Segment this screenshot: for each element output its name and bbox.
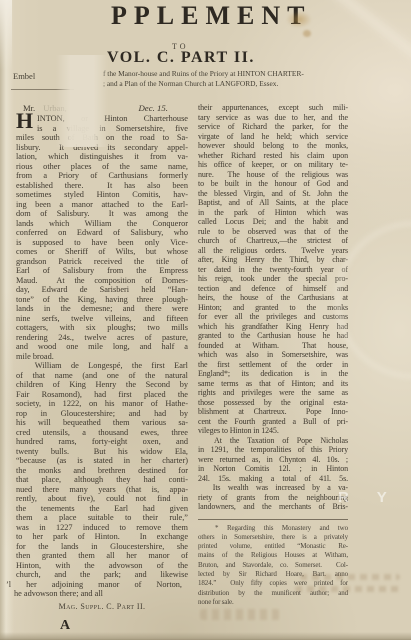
text-line: he advowson there; and all [6,589,188,599]
text-line: Maud. At the composition of Domes- [16,276,188,286]
text-line: the first settlement of the order in [198,360,348,370]
text-line: blishment at Chartreux. Pope Inno- [198,407,348,417]
text-line: is a village in Somersetshire, five [16,124,188,134]
text-line: called Locus Dei; and the habit and [198,217,348,227]
text-line: * Regarding this Monastery and two [198,524,348,533]
text-line: from a Priory of Carthusians formerly [16,171,188,181]
text-line: William de Longespé, the first Earl [16,361,188,371]
text-line: rious other places of the same name, [16,162,188,172]
text-line: sometimes styled Hinton Comitis, hav- [16,190,188,200]
text-line: Hinton, with the advowson of the [16,561,188,571]
text-line: all the religious orders. Twelve years [198,246,348,256]
text-line: church of Chartreux,—the strictest of [198,236,348,246]
text-line: virgate of land he held; which service [198,132,348,142]
text-line: “because (as is stated in her charter) [16,456,188,466]
text-line: Its wealth was increased by a va- [198,483,348,493]
text-line: in 1291, the temporalities of this Prior… [198,445,348,455]
salutation-obscured: Urban, [43,103,67,113]
text-line: same terms as that of Hinton; and its [198,379,348,389]
plate-description-line: ; and a Plan of the Norman Church at LAN… [103,79,353,89]
text-line: dom of Salisbury. It was among the [16,209,188,219]
text-line: which his grandfather King Henry had [198,322,348,332]
text-line: founded at Witham. That house, [198,341,348,351]
plate-description-line: f the Manor-house and Ruins of the Prior… [103,69,353,79]
text-line: of that name (and one of the natural [16,371,188,381]
text-line: Fair Rosamond), had first placed the [16,390,188,400]
text-line: rendering 24s., twelve acres of pasture, [16,333,188,343]
text-line: church, and the park; and likewise [16,570,188,580]
left-column-text: INTON, or Hinton Charterhouseis a villag… [16,114,188,599]
text-line: conferred on Edward of Salisbury, who [16,228,188,238]
text-line: and wood one mile long, and half a [16,342,188,352]
page-title: PPLEMENT [111,1,311,31]
text-line: after, King Henry the Third, by char- [198,255,348,265]
text-line: rop in Gloucestershire; and had by [16,409,188,419]
text-line: nued there many years (that is, appa- [16,485,188,495]
text-line: to be built in the honour of God and [198,179,348,189]
text-line: others in Somersetshire, there is a priv… [198,533,348,542]
text-line: their appurtenances, except such mili- [198,103,348,113]
text-line: rently, about five), could not find in [16,494,188,504]
text-line: in the park of Hinton which was [198,208,348,218]
text-line: 24l. 15s. making a total of 41l. 5s. [198,474,348,484]
text-line: children of King Henry the Second by [16,380,188,390]
text-line: for ever all the privileges and customs [198,312,348,322]
text-line: grandson Patrick received the title of [16,257,188,267]
right-column: their appurtenances, except such mili-ta… [198,103,348,634]
drop-cap-initial: H [16,111,33,131]
right-column-text: their appurtenances, except such mili-ta… [198,103,348,512]
signature-mark: A [60,618,188,634]
left-column: Mr. Urban, Dec. 15. H INTON, or Hinton C… [16,103,188,634]
text-line: ing been a manor attached to the Earl- [16,200,188,210]
text-line: day, Edward de Sarisberi held “Han- [16,285,188,295]
text-line: rights and privileges were the same as [198,388,348,398]
text-line: was in 1227 induced to remove them [16,523,188,533]
text-line: the tenements the Earl had given [16,504,188,514]
text-line: lisbury. It derived its secondary appel- [16,143,188,153]
text-line: which was also in Somersetshire, was [198,350,348,360]
text-line: is supposed to have been only Vice- [16,238,188,248]
text-line: for the lands in Gloucestershire, she [16,542,188,552]
text-columns: Mr. Urban, Dec. 15. H INTON, or Hinton C… [16,103,349,634]
text-line: England*; its dedication is in the [198,369,348,379]
footnote-text: * Regarding this Monastery and twoothers… [198,524,348,608]
text-line: them a place suitable to their rule,” [16,513,188,523]
text-line: whether Richard rested his claim upon [198,151,348,161]
text-line: nure. The house of the religious was [198,170,348,180]
text-line: service of Richard the parker, for the [198,122,348,132]
text-line: nine serfs, twelve villeins, and fifteen [16,314,188,324]
text-line: in Norton Comitis 12l. ; in Hinton [198,464,348,474]
text-line: heirs, the house of the Carthusians at [198,293,348,303]
text-line: society, in 1222, on his manor of Hathe- [16,399,188,409]
footnote-rule [198,519,348,520]
text-line: Hinton; and granted to the monks [198,303,348,313]
text-line: ter dated in the twenty-fourth year of [198,265,348,275]
text-line: tary service as was due to her, and the [198,113,348,123]
text-line: his office of keeper, or on military te- [198,160,348,170]
text-line: vileges to Hinton in 1245. [198,426,348,436]
rule-fragment [11,89,74,90]
ink-stain-small [303,30,311,37]
text-line: to her park of Hinton. In exchange [16,532,188,542]
text-line: lands in the demesne; and there were [16,304,188,314]
text-line: tone” of the King, having three plough- [16,295,188,305]
text-line: however should belong to the monks, [198,141,348,151]
text-line: cred utensils, a thousand ewes, three [16,428,188,438]
volume-title: VOL. C. PART II. [107,49,255,67]
text-line: granted to the Carthusian house he had [198,331,348,341]
text-line: mains of the Religious Houses at Witham, [198,551,348,560]
text-line: comes or Sheriff of Wilts, but whose [16,247,188,257]
text-line: lands which William the Conqueror [16,219,188,229]
text-line: landowners, and the merchants of Bris- [198,502,348,512]
text-line: his will bequeathed them various sa- [16,418,188,428]
text-line: rule to be observed was that of the [198,227,348,237]
text-line: lected by Sir Richard Hoare, Bart. anno [198,570,348,579]
text-line: hundred rams, forty-eight oxen, and [16,437,188,447]
text-line: At the Taxation of Pope Nicholas [198,436,348,446]
running-footer: Mag. Suppl. C. Part II. [16,602,188,611]
text-line: none for sale. [198,598,348,607]
crease-line [328,0,411,66]
text-line: established there. It has also been [16,181,188,191]
text-line: those possessed by the original esta- [198,398,348,408]
text-line: his reign, took under the special pro- [198,274,348,284]
page-edge-left [0,0,12,70]
plate-description: f the Manor-house and Ruins of the Prior… [103,69,353,88]
text-line: Bruton, and Stavordale, co. Somerset. Co… [198,561,348,570]
text-line: ’l her adjoining manor of Norton, [6,580,182,590]
text-line: then granted them all her manor of [16,551,188,561]
text-line: the monks and brethren destined for [16,466,188,476]
text-line: printed volume, entitled “Monastic Re- [198,542,348,551]
text-line: tection and defence of himself and [198,284,348,294]
text-line: mile broad. [16,352,188,362]
text-line: 1824.” Only fifty copies were printed fo… [198,579,348,588]
text-line: that place, although they had conti- [16,475,188,485]
embellished-note-fragment: Embel [13,71,35,81]
text-line: cent the Fourth granted a Bull of pri- [198,417,348,427]
salutation-row: Mr. Urban, Dec. 15. [16,103,188,114]
text-line: Earl of Salisbury from the Empress [16,266,188,276]
scanned-page: PPLEMENT TO VOL. C. PART II. Embel f the… [0,0,411,640]
text-line: the blessed Virgin, and of St. John the [198,189,348,199]
text-line: lation, which distinguishes it from va- [16,152,188,162]
text-line: twenty bulls. But his widow Ela, [16,447,188,457]
text-line: Baptist, and of All Saints, at the place [198,198,348,208]
text-line: were returned as, in Chynton 4l. 10s. ; [198,455,348,465]
dateline: Dec. 15. [138,103,168,113]
text-line: riety of grants from the neighbouring [198,493,348,503]
text-line: distribution by the munificent author; a… [198,589,348,598]
text-line: INTON, or Hinton Charterhouse [16,114,188,124]
text-line: miles south of Bath on the road to Sa- [16,133,188,143]
text-line: cottagers, with six ploughs; two mills [16,323,188,333]
